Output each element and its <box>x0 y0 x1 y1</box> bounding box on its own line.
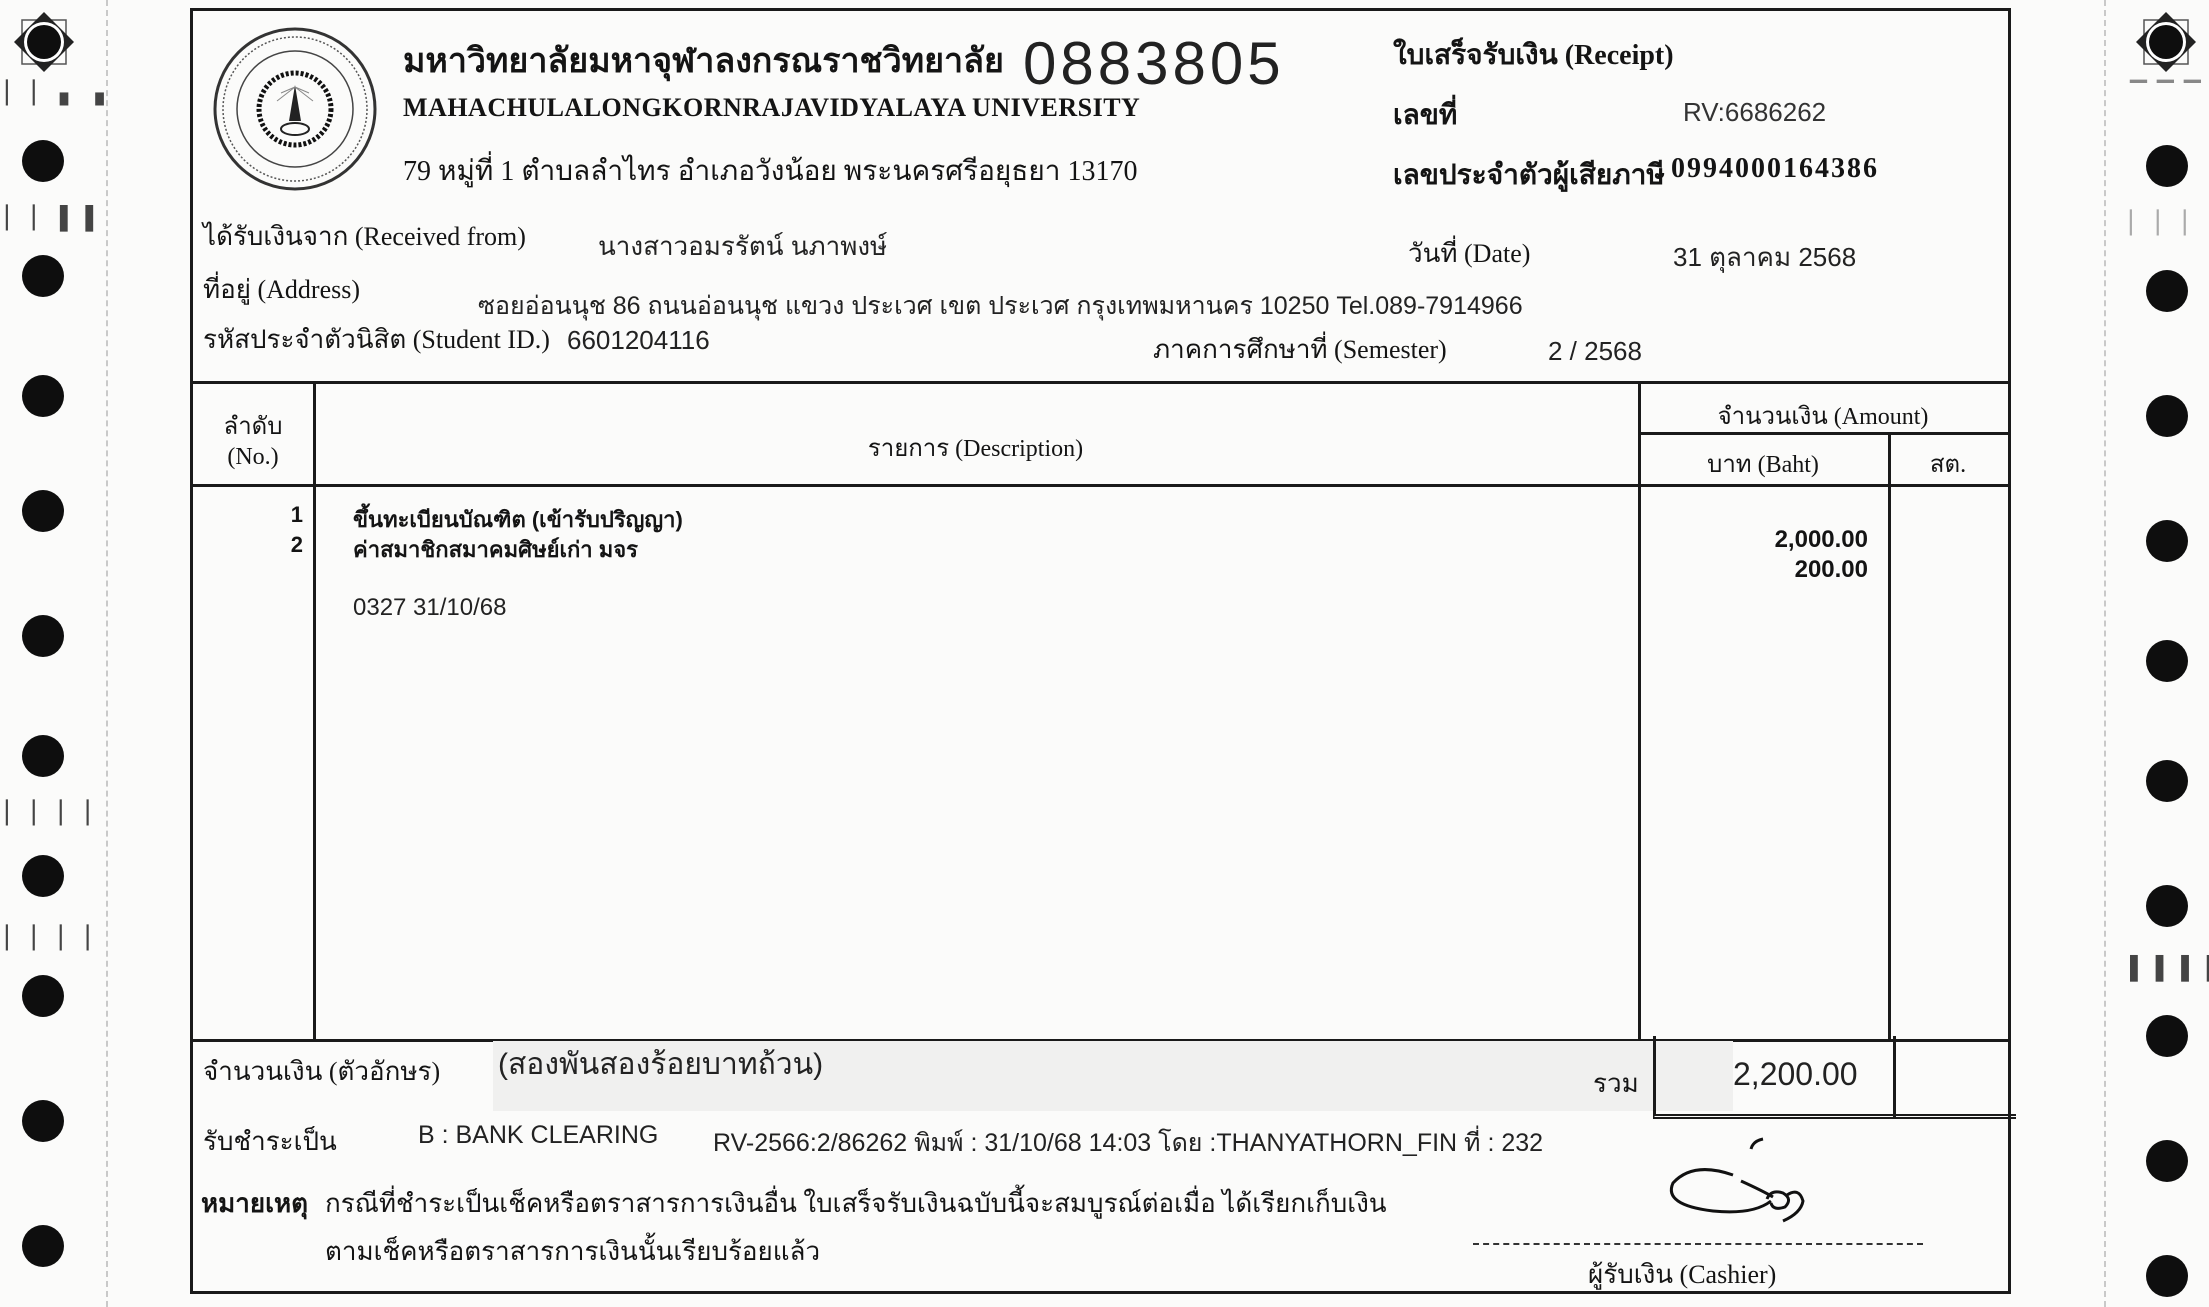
amount-in-words-label: จำนวนเงิน (ตัวอักษร) <box>203 1051 440 1092</box>
receipt-form: มหาวิทยาลัยมหาจุฬาลงกรณราชวิทยาลัย MAHAC… <box>190 8 2011 1294</box>
university-name-thai: มหาวิทยาลัยมหาจุฬาลงกรณราชวิทยาลัย <box>403 33 1004 87</box>
col-no-header-en: (No.) <box>193 444 313 471</box>
reference-line: 0327 31/10/68 <box>353 594 506 622</box>
table-divider <box>313 384 316 1039</box>
item-number: 2 <box>273 532 303 558</box>
feed-hole <box>2146 1255 2188 1297</box>
col-baht-header: บาท (Baht) <box>1638 444 1888 483</box>
feed-hole <box>22 855 64 897</box>
university-address: 79 หมู่ที่ 1 ตำบลลำไทร อำเภอวังน้อย พระน… <box>403 149 1138 193</box>
cashier-label: ผู้รับเงิน (Cashier) <box>1588 1254 1776 1295</box>
receipt-title: ใบเสร็จรับเงิน (Receipt) <box>1393 33 1674 77</box>
total-label: รวม <box>1593 1063 1639 1104</box>
feed-hole <box>22 375 64 417</box>
feed-hole <box>22 615 64 657</box>
registration-mark-icon <box>2136 12 2196 72</box>
student-id-value: 6601204116 <box>567 325 710 356</box>
right-perforation-strip: ▔▔▔▔ ▏▏▏▏ ▌▌▌▌ <box>2100 0 2209 1307</box>
total-satang-divider <box>1893 1036 1896 1118</box>
feed-hole <box>2146 270 2188 312</box>
tax-id-value: 0994000164386 <box>1671 153 1879 185</box>
tax-id-label: เลขประจำตัวผู้เสียภาษี <box>1393 153 1665 197</box>
payment-detail: RV-2566:2/86262 พิมพ์ : 31/10/68 14:03 โ… <box>713 1123 1543 1163</box>
received-from-label: ได้รับเงินจาก (Received from) <box>203 216 526 257</box>
address-label: ที่อยู่ (Address) <box>203 269 360 310</box>
feed-hole <box>22 1225 64 1267</box>
col-amount-header: จำนวนเงิน (Amount) <box>1638 396 2008 435</box>
doc-number-label: เลขที่ <box>1393 93 1457 137</box>
item-description: ค่าสมาชิกสมาคมศิษย์เก่า มจร <box>353 532 638 567</box>
semester-value: 2 / 2568 <box>1548 336 1642 367</box>
feed-hole <box>2146 395 2188 437</box>
address-value: ซอยอ่อนนุช 86 ถนนอ่อนนุช แขวง ประเวศ เขต… <box>478 286 1523 326</box>
feed-hole <box>22 735 64 777</box>
remark-line-2: ตามเช็คหรือตราสารการเงินนั้นเรียบร้อยแล้… <box>325 1231 820 1272</box>
item-amount: 2,000.00 <box>1668 526 1868 554</box>
perforation-ticks: ▏▏▌▌ <box>6 205 111 231</box>
feed-hole <box>22 1100 64 1142</box>
feed-hole <box>2146 520 2188 562</box>
feed-hole <box>2146 760 2188 802</box>
doc-number-value: RV:6686262 <box>1683 97 1826 128</box>
semester-label: ภาคการศึกษาที่ (Semester) <box>1153 329 1447 370</box>
right-tear-line <box>2104 0 2106 1307</box>
feed-hole <box>22 140 64 182</box>
feed-hole <box>22 490 64 532</box>
remark-line-1: กรณีที่ชำระเป็นเช็คหรือตราสารการเงินอื่น… <box>325 1183 1387 1224</box>
perforation-ticks: ▏▏▏▏ <box>6 800 114 826</box>
item-number: 1 <box>273 502 303 528</box>
left-tear-line <box>106 0 108 1307</box>
table-header-rule <box>193 484 2008 487</box>
registration-mark-icon <box>14 12 74 72</box>
feed-hole <box>22 975 64 1017</box>
feed-hole <box>22 255 64 297</box>
cashier-signature-icon <box>1653 1131 1853 1241</box>
feed-hole <box>2146 885 2188 927</box>
table-divider <box>1888 432 1891 1039</box>
perforation-ticks: ▏▏▏▏ <box>2130 210 2209 236</box>
date-label: วันที่ (Date) <box>1408 233 1530 274</box>
perforation-ticks: ▏▏▏▏ <box>6 925 114 951</box>
feed-hole <box>2146 640 2188 682</box>
received-from-value: นางสาวอมรรัตน์ นภาพงษ์ <box>598 226 887 267</box>
date-value: 31 ตุลาคม 2568 <box>1673 237 1856 278</box>
perforation-ticks: ▔▔▔▔ <box>2130 80 2209 106</box>
student-id-label: รหัสประจำตัวนิสิต (Student ID.) <box>203 319 550 360</box>
feed-hole <box>2146 1015 2188 1057</box>
university-seal-icon <box>211 25 379 193</box>
amount-in-words-value: (สองพันสองร้อยบาทถ้วน) <box>498 1041 823 1088</box>
perforation-ticks: ▌▌▌▌ <box>2130 955 2209 981</box>
items-table: ลำดับ (No.) รายการ (Description) จำนวนเง… <box>193 381 2008 1042</box>
remark-label: หมายเหตุ <box>201 1183 308 1224</box>
total-value: 2,200.00 <box>1733 1056 1858 1093</box>
col-no-header-th: ลำดับ <box>193 406 313 445</box>
item-amount: 200.00 <box>1668 556 1868 584</box>
left-perforation-strip: ▏▏▖▗ ▏▏▌▌ ▏▏▏▏ ▏▏▏▏ <box>0 0 110 1307</box>
payment-method-label: รับชำระเป็น <box>203 1121 337 1162</box>
feed-hole <box>2146 1140 2188 1182</box>
feed-hole <box>2146 145 2188 187</box>
col-satang-header: สต. <box>1888 444 2008 483</box>
col-description-header: รายการ (Description) <box>313 428 1638 467</box>
signature-line <box>1473 1243 1923 1245</box>
form-serial-number: 0883805 <box>1023 29 1285 98</box>
payment-method-value: B : BANK CLEARING <box>418 1121 658 1150</box>
perforation-ticks: ▏▏▖▗ <box>6 80 114 106</box>
